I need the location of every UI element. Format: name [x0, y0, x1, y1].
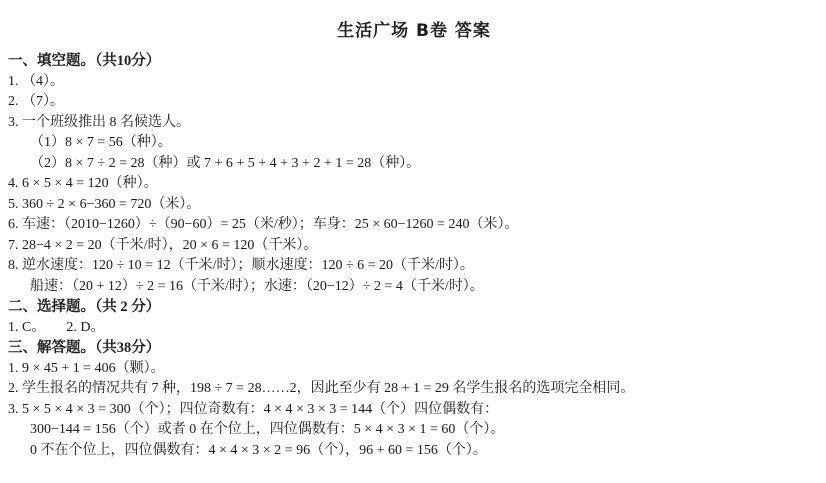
- section-fill-in-blanks: 一、填空题。（共10分） 1. （4）。 2. （7）。 3. 一个班级推出 8…: [8, 51, 820, 297]
- answer-line: 2. （7）。: [8, 92, 820, 113]
- answer-subline: 0 不在个位上，四位偶数有：4 × 4 × 3 × 2 = 96（个），96 +…: [8, 441, 820, 462]
- answer-line: 3. 5 × 5 × 4 × 3 = 300（个）；四位奇数有：4 × 4 × …: [8, 400, 820, 421]
- section-multiple-choice: 二、选择题。（共 2 分） 1. C。 2. D。: [8, 297, 820, 338]
- section-heading: 三、解答题。（共38分）: [8, 338, 820, 359]
- answer-subline: （1）8 × 7 = 56（种）。: [8, 133, 820, 154]
- section-heading: 一、填空题。（共10分）: [8, 51, 820, 72]
- answer-line: 1. C。 2. D。: [8, 318, 820, 339]
- answer-subline: 船速：（20 + 12）÷ 2 = 16（千米/时）；水速：（20−12）÷ 2…: [8, 277, 820, 298]
- answer-line: 8. 逆水速度：120 ÷ 10 = 12（千米/时）；顺水速度：120 ÷ 6…: [8, 256, 820, 277]
- answer-line: 1. （4）。: [8, 72, 820, 93]
- answer-line: 6. 车速：（2010−1260）÷（90−60）= 25（米/秒）；车身：25…: [8, 215, 820, 236]
- answer-line: 3. 一个班级推出 8 名候选人。: [8, 113, 820, 134]
- answer-subline: （2）8 × 7 ÷ 2 = 28（种）或 7 + 6 + 5 + 4 + 3 …: [8, 154, 820, 175]
- answer-line: 2. 学生报名的情况共有 7 种，198 ÷ 7 = 28……2，因此至少有 2…: [8, 379, 820, 400]
- answer-subline: 300−144 = 156（个）或者 0 在个位上，四位偶数有：5 × 4 × …: [8, 420, 820, 441]
- section-heading: 二、选择题。（共 2 分）: [8, 297, 820, 318]
- answer-line: 1. 9 × 45 + 1 = 406（颗）。: [8, 359, 820, 380]
- section-word-problems: 三、解答题。（共38分） 1. 9 × 45 + 1 = 406（颗）。 2. …: [8, 338, 820, 461]
- page-title: 生活广场 B卷 答案: [8, 16, 820, 41]
- answer-line: 5. 360 ÷ 2 × 6−360 = 720（米）。: [8, 195, 820, 216]
- answer-line: 4. 6 × 5 × 4 = 120（种）。: [8, 174, 820, 195]
- answer-line: 7. 28−4 × 2 = 20（千米/时），20 × 6 = 120（千米）。: [8, 236, 820, 257]
- answer-sheet-page: 生活广场 B卷 答案 一、填空题。（共10分） 1. （4）。 2. （7）。 …: [0, 0, 826, 483]
